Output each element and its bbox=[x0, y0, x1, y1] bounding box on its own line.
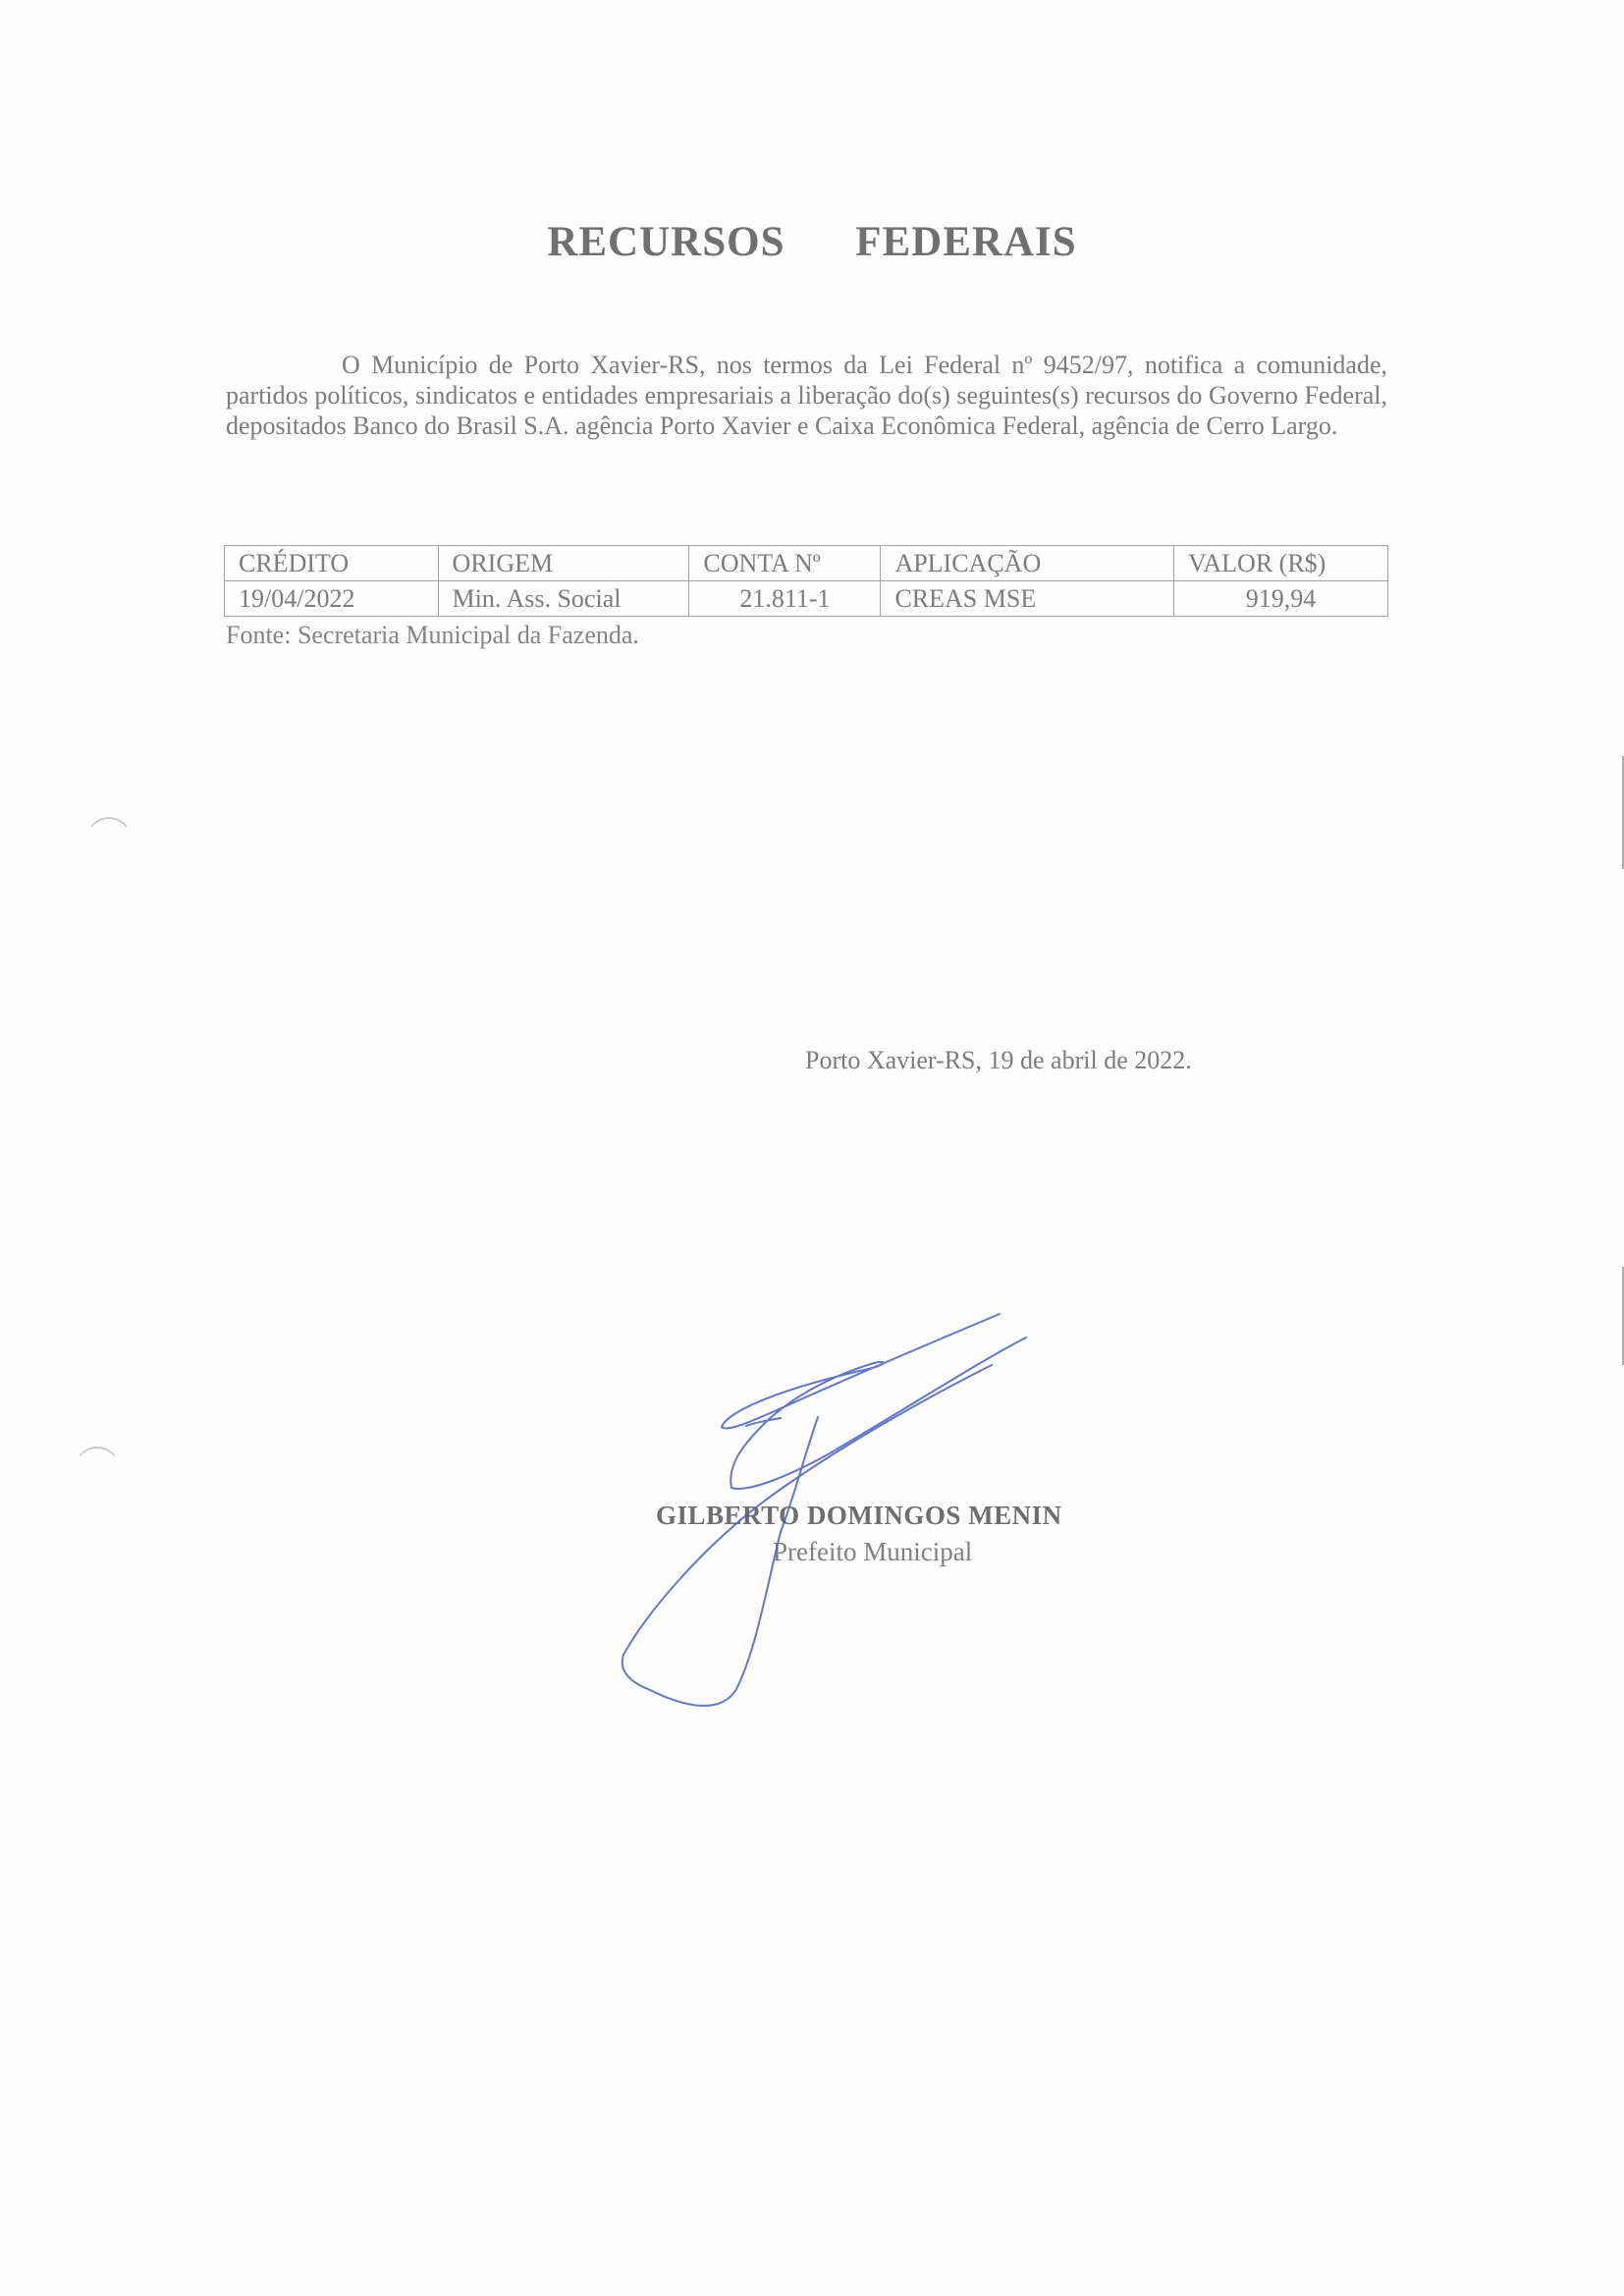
signer-role: Prefeito Municipal bbox=[773, 1537, 972, 1567]
hole-punch-mark bbox=[86, 817, 132, 862]
cell-credito: 19/04/2022 bbox=[225, 581, 439, 617]
source-note: Fonte: Secretaria Municipal da Fazenda. bbox=[226, 621, 639, 650]
place-date: Porto Xavier-RS, 19 de abril de 2022. bbox=[805, 1046, 1192, 1075]
cell-valor: 919,94 bbox=[1173, 581, 1387, 617]
signer-name: GILBERTO DOMINGOS MENIN bbox=[656, 1501, 1062, 1531]
hole-punch-mark bbox=[75, 1447, 120, 1492]
document-title: RECURSOS FEDERAIS bbox=[0, 218, 1624, 266]
header-origem: ORIGEM bbox=[438, 546, 689, 581]
cell-origem: Min. Ass. Social bbox=[438, 581, 689, 617]
cell-conta: 21.811-1 bbox=[689, 581, 881, 617]
header-valor: VALOR (R$) bbox=[1173, 546, 1387, 581]
cell-aplicacao: CREAS MSE bbox=[881, 581, 1174, 617]
table-header-row: CRÉDITO ORIGEM CONTA Nº APLICAÇÃO VALOR … bbox=[225, 546, 1388, 581]
credits-table: CRÉDITO ORIGEM CONTA Nº APLICAÇÃO VALOR … bbox=[224, 545, 1388, 617]
header-credito: CRÉDITO bbox=[225, 546, 439, 581]
document-page: RECURSOS FEDERAIS O Município de Porto X… bbox=[0, 0, 1624, 2296]
header-aplicacao: APLICAÇÃO bbox=[881, 546, 1174, 581]
title-word: RECURSOS bbox=[547, 219, 785, 265]
header-conta: CONTA Nº bbox=[689, 546, 881, 581]
handwritten-signature bbox=[0, 0, 1624, 2296]
title-word: FEDERAIS bbox=[855, 219, 1076, 265]
table-row: 19/04/2022 Min. Ass. Social 21.811-1 CRE… bbox=[225, 581, 1388, 617]
notice-paragraph: O Município de Porto Xavier-RS, nos term… bbox=[226, 350, 1387, 441]
